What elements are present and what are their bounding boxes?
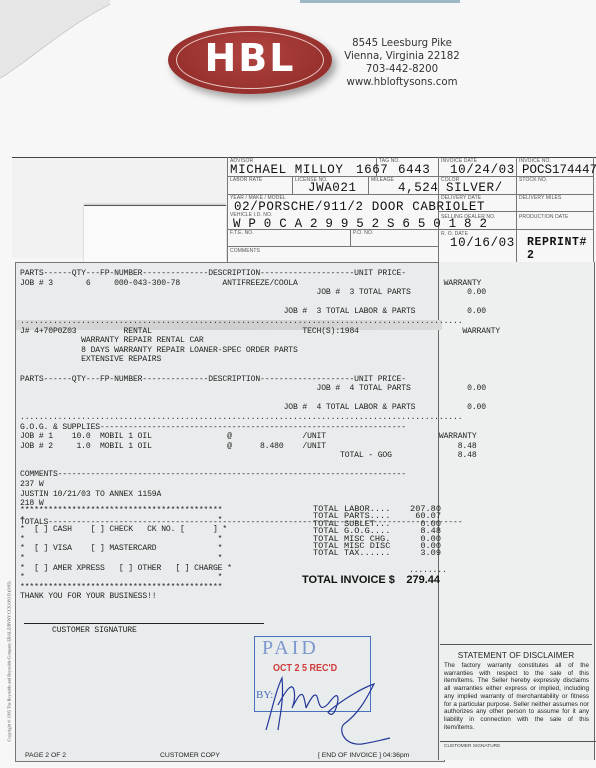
invoice-line: TOTAL - GOG 8.48 <box>20 451 500 461</box>
grid-line <box>350 229 351 246</box>
po-no-label: P.O. NO. <box>353 230 373 236</box>
page-curl <box>0 0 110 80</box>
invoice-date-value: 10/24/03 <box>450 163 515 177</box>
payment-method-box: ****************************************… <box>20 506 232 592</box>
end-of-invoice: [ END OF INVOICE ] 04:36pm <box>318 752 409 759</box>
advisor-value: MICHAEL MILLOY <box>230 163 343 177</box>
dealer-logo-text: HBL <box>168 36 332 80</box>
totals-label: TOTAL TAX...... <box>313 550 390 557</box>
customer-area-overlay <box>84 205 226 264</box>
totals-row: TOTAL TAX......3.09 <box>313 550 441 557</box>
tag-no-label: TAG NO. <box>379 158 400 164</box>
delivery-miles-label: DELIVERY MILES <box>519 195 561 201</box>
dealer-address: 8545 Leesburg Pike Vienna, Virginia 2218… <box>336 37 468 89</box>
address-line: www.hbloftysons.com <box>336 76 468 89</box>
totals-table: TOTAL LABOR....207.80TOTAL PARTS....60.0… <box>313 506 441 558</box>
mileage-value: 4,524 <box>398 181 439 195</box>
total-invoice-value: 279.44 <box>400 574 440 586</box>
copyright-notice: Copyright © 1995 The Reynolds and Reynol… <box>7 552 12 742</box>
disclaimer-title: STATEMENT OF DISCLAIMER <box>440 651 592 660</box>
invoice-no-value: POCS174447 <box>522 163 596 177</box>
invoice-line: JOB # 3 TOTAL PARTS 0.00 <box>20 288 500 298</box>
delivery-date-label: DELIVERY DATE <box>441 195 481 201</box>
scan-edge <box>300 0 460 3</box>
advisor-id: 1667 <box>356 163 388 177</box>
invoice-line: EXTENSIVE REPAIRS <box>20 355 500 365</box>
grid-line <box>516 157 517 262</box>
reprint-value: REPRINT# 2 <box>527 236 596 262</box>
address-line: 8545 Leesburg Pike <box>336 37 468 50</box>
copy-type: CUSTOMER COPY <box>160 752 220 759</box>
mileage-label: MILEAGE <box>371 177 394 183</box>
disclaimer-signature-label: CUSTOMER SIGNATURE <box>440 741 596 749</box>
fte-no-label: F.T.E. NO. <box>230 230 254 236</box>
comments-label: COMMENTS <box>230 248 260 254</box>
labor-rate-label: LABOR RATE <box>230 177 262 183</box>
selling-dealer-no-label: SELLING DEALER NO. <box>441 214 496 220</box>
address-line: 703-442-8200 <box>336 63 468 76</box>
paid-stamp-text: PAID <box>262 637 319 660</box>
invoice-line: JOB # 4 TOTAL PARTS 0.00 <box>20 384 500 394</box>
page-number: PAGE 2 OF 2 <box>25 752 66 759</box>
ro-date-value: 10/16/03 <box>450 236 515 250</box>
grid-line <box>292 176 293 194</box>
stock-no-label: STOCK NO. <box>519 177 547 183</box>
customer-signature-label: CUSTOMER SIGNATURE <box>52 626 137 636</box>
grid-line <box>227 246 438 247</box>
invoice-line: JUSTIN 10/21/03 TO ANNEX 1159A <box>20 490 500 500</box>
grid-line <box>368 176 369 194</box>
total-invoice-label: TOTAL INVOICE $ <box>302 574 395 586</box>
signature-line[interactable] <box>24 623 264 624</box>
disclaimer-box: STATEMENT OF DISCLAIMER The factory warr… <box>440 644 592 745</box>
disclaimer-text: The factory warranty constitutes all of … <box>440 660 592 731</box>
handwritten-signature <box>262 660 392 750</box>
invoice-line: COMMENTS--------------------------------… <box>20 470 500 480</box>
totals-value: 3.09 <box>420 550 441 557</box>
tag-no-value: 6443 <box>398 163 430 177</box>
production-date-label: PRODUCTION DATE <box>519 214 568 220</box>
license-no-value: JWA021 <box>308 181 357 195</box>
address-line: Vienna, Virginia 22182 <box>336 50 468 63</box>
color-value: SILVER/ <box>446 181 503 195</box>
thank-you: THANK YOU FOR YOUR BUSINESS!! <box>20 592 157 602</box>
invoice-lines: PARTS------QTY---FP-NUMBER--------------… <box>20 269 500 528</box>
